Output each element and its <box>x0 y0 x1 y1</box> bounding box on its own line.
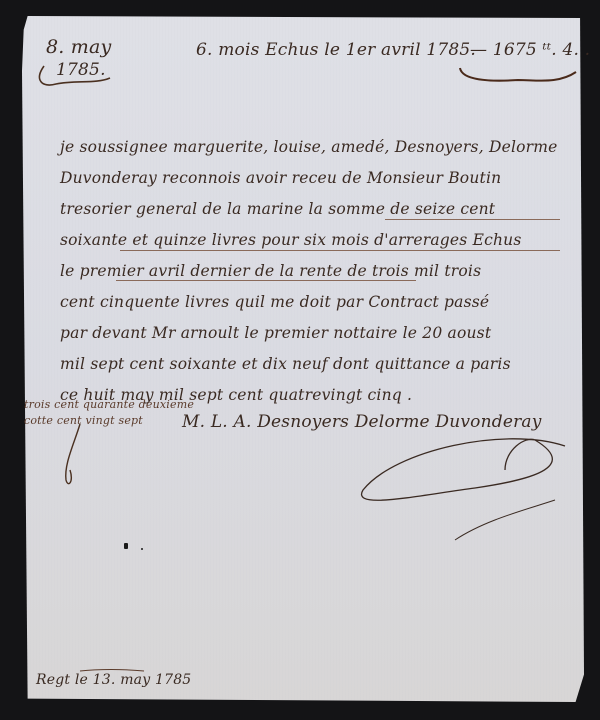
body-line-1: je soussignee marguerite, louise, amedé,… <box>60 138 558 156</box>
margin-note-line-1: trois cent quarante deuxieme <box>24 398 194 411</box>
body-line-5: le premier avril dernier de la rente de … <box>60 262 481 280</box>
ink-spot <box>124 543 128 549</box>
body-line-2: Duvonderay reconnois avoir receu de Mons… <box>60 169 501 187</box>
margin-date-flourish <box>36 62 116 92</box>
signature-paraph <box>355 430 585 540</box>
header-amount: — 1675 ᵗᵗ. 4. . <box>470 40 590 60</box>
header-amount-flourish <box>458 66 578 88</box>
body-line-6: cent cinquente livres quil me doit par C… <box>60 293 489 311</box>
underline-amount-2 <box>120 250 560 251</box>
header-due-date: 6. mois Echus le 1er avril 1785. <box>196 40 476 60</box>
underline-amount-3 <box>116 280 416 281</box>
body-line-8: mil sept cent soixante et dix neuf dont … <box>60 355 511 373</box>
margin-paraph <box>58 424 88 494</box>
footer-registration-note: Regt le 13. may 1785 <box>36 672 191 688</box>
underline-amount-1 <box>385 219 560 220</box>
body-line-7: par devant Mr arnoult le premier nottair… <box>60 324 491 342</box>
footer-overline <box>78 668 148 674</box>
body-line-3: tresorier general de la marine la somme … <box>60 200 495 218</box>
body-line-4: soixante et quinze livres pour six mois … <box>60 231 522 249</box>
signature: M. L. A. Desnoyers Delorme Duvonderay <box>182 412 542 432</box>
margin-date-day: 8. may <box>46 36 111 58</box>
ink-speck <box>141 548 143 550</box>
